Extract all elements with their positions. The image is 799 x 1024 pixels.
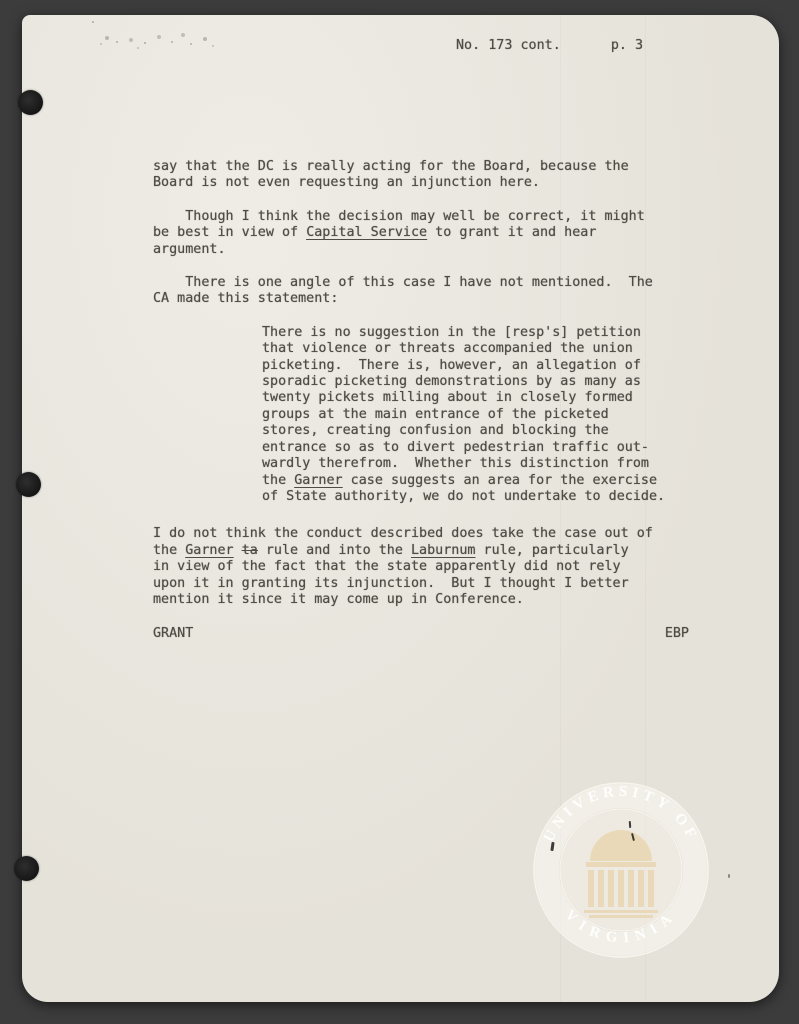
text-line: Board is not even requesting an injuncti…	[153, 175, 693, 191]
paragraph: say that the DC is really acting for the…	[153, 159, 693, 192]
paragraph: Though I think the decision may well be …	[153, 209, 693, 258]
struck-text: ta	[242, 543, 258, 558]
scanned-memo-page: { "document": { "header": { "docket": "N…	[0, 0, 799, 1024]
university-of-virginia-seal: UNIVERSITY OF VIRGINIA	[526, 775, 716, 965]
hole-punch	[18, 90, 43, 115]
text-segment: stores, creating confusion and blocking …	[262, 423, 609, 438]
memo-header: No. 173 cont. p. 3	[456, 38, 643, 53]
text-line: sporadic picketing demonstrations by as …	[262, 374, 693, 390]
text-segment: sporadic picketing demonstrations by as …	[262, 374, 641, 389]
text-segment: entrance so as to divert pedestrian traf…	[262, 440, 649, 455]
blockquote: There is no suggestion in the [resp's] p…	[262, 325, 693, 505]
text-segment: There is one angle of this case I have n…	[153, 275, 653, 290]
text-segment: groups at the main entrance of the picke…	[262, 407, 609, 422]
text-line: I do not think the conduct described doe…	[153, 526, 693, 542]
paper-sheet: No. 173 cont. p. 3 say that the DC is re…	[22, 15, 779, 1002]
text-segment: rule, particularly	[476, 543, 629, 558]
text-segment: twenty pickets milling about in closely …	[262, 390, 633, 405]
paragraph: I do not think the conduct described doe…	[153, 526, 693, 608]
hole-punch	[14, 856, 39, 881]
pencil-mark	[728, 874, 730, 878]
text-segment: say that the DC is really acting for the…	[153, 159, 629, 174]
text-line: be best in view of Capital Service to gr…	[153, 225, 693, 241]
text-line: upon it in granting its injunction. But …	[153, 576, 693, 592]
text-segment: the	[262, 473, 294, 488]
text-segment: picketing. There is, however, an allegat…	[262, 358, 641, 373]
underlined-text: Garner	[294, 473, 342, 488]
text-line: say that the DC is really acting for the…	[153, 159, 693, 175]
text-segment: wardly therefrom. Whether this distincti…	[262, 456, 649, 471]
text-line: the Garner ta rule and into the Laburnum…	[153, 543, 693, 559]
text-segment: CA made this statement:	[153, 291, 338, 306]
memo-body: say that the DC is really acting for the…	[153, 159, 693, 608]
text-segment: upon it in granting its injunction. But …	[153, 576, 629, 591]
paragraph: There is one angle of this case I have n…	[153, 275, 693, 308]
text-line: groups at the main entrance of the picke…	[262, 407, 693, 423]
text-line: wardly therefrom. Whether this distincti…	[262, 456, 693, 472]
pencil-mark	[629, 821, 631, 828]
text-line: mention it since it may come up in Confe…	[153, 592, 693, 608]
text-line: in view of the fact that the state appar…	[153, 559, 693, 575]
text-segment: Board is not even requesting an injuncti…	[153, 175, 540, 190]
text-segment: to grant it and hear	[427, 225, 596, 240]
text-segment: be best in view of	[153, 225, 306, 240]
text-line: Though I think the decision may well be …	[153, 209, 693, 225]
text-segment	[234, 543, 242, 558]
text-line: twenty pickets milling about in closely …	[262, 390, 693, 406]
text-line: There is no suggestion in the [resp's] p…	[262, 325, 693, 341]
text-segment: in view of the fact that the state appar…	[153, 559, 621, 574]
underlined-text: Capital Service	[306, 225, 427, 240]
text-segment: There is no suggestion in the [resp's] p…	[262, 325, 641, 340]
docket-number: No. 173 cont.	[456, 38, 561, 53]
text-line: of State authority, we do not undertake …	[262, 489, 693, 505]
text-line: picketing. There is, however, an allegat…	[262, 358, 693, 374]
text-segment: of State authority, we do not undertake …	[262, 489, 665, 504]
text-line: the Garner case suggests an area for the…	[262, 473, 693, 489]
underlined-text: Garner	[185, 543, 233, 558]
author-name: GRANT	[153, 626, 193, 641]
signoff-row: GRANT EBP	[153, 626, 689, 641]
text-line: stores, creating confusion and blocking …	[262, 423, 693, 439]
text-line: that violence or threats accompanied the…	[262, 341, 693, 357]
text-line: CA made this statement:	[153, 291, 693, 307]
text-line: argument.	[153, 242, 693, 258]
text-segment: that violence or threats accompanied the…	[262, 341, 633, 356]
text-segment: argument.	[153, 242, 226, 257]
text-segment: case suggests an area for the exercise	[343, 473, 657, 488]
text-segment: mention it since it may come up in Confe…	[153, 592, 524, 607]
text-segment: rule and into the	[258, 543, 411, 558]
text-segment: the	[153, 543, 185, 558]
pencil-scribble	[92, 21, 94, 23]
underlined-text: Laburnum	[411, 543, 476, 558]
text-segment: Though I think the decision may well be …	[153, 209, 645, 224]
hole-punch	[16, 472, 41, 497]
text-line: There is one angle of this case I have n…	[153, 275, 693, 291]
text-line: entrance so as to divert pedestrian traf…	[262, 440, 693, 456]
text-segment: I do not think the conduct described doe…	[153, 526, 653, 541]
page-number: p. 3	[611, 38, 643, 53]
author-initials: EBP	[665, 626, 689, 641]
